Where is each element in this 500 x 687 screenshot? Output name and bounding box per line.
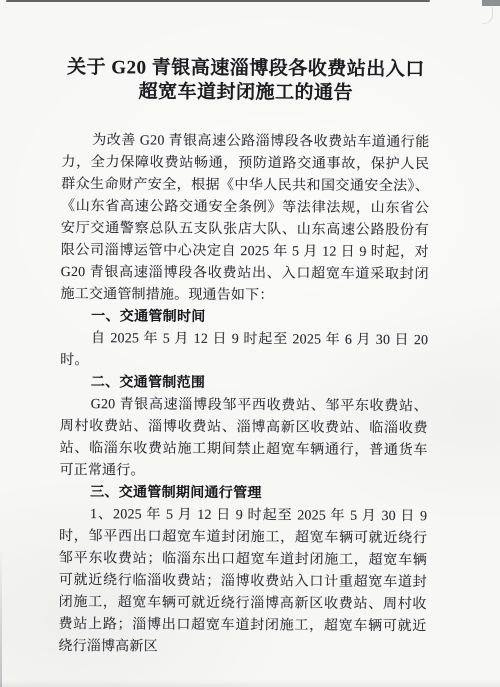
notice-title-line-2: 超宽车道封闭施工的通告 [62, 80, 430, 106]
notice-title: 关于 G20 青银高速淄博段各收费站出入口 超宽车道封闭施工的通告 [62, 56, 430, 106]
section-control-time: 一、交通管制时间 自 2025 年 5 月 12 日 9 时起至 2025 年 … [60, 306, 428, 374]
section-control-time-heading: 一、交通管制时间 [60, 306, 428, 330]
section-control-scope-heading: 二、交通管制范围 [60, 372, 428, 396]
section-control-time-body: 自 2025 年 5 月 12 日 9 时起至 2025 年 6 月 30 日 … [60, 328, 428, 374]
notice-intro-paragraph: 为改善 G20 青银高速公路淄博段各收费站车道通行能力，全力保障收费站畅通，预防… [60, 130, 429, 308]
scan-bottom-shadow [0, 680, 500, 687]
section-traffic-management-body: 1、2025 年 5 月 12 日 9 时起至 2025 年 5 月 30 日 … [58, 504, 427, 660]
section-control-scope: 二、交通管制范围 G20 青银高速淄博段邹平西收费站、邹平东收费站、周村收费站、… [59, 372, 428, 484]
scan-top-edge-line [6, 0, 430, 2]
notice-title-line-1: 关于 G20 青银高速淄博段各收费站出入口 [62, 56, 430, 82]
section-traffic-management-heading: 三、交通管制期间通行管理 [59, 482, 427, 506]
notice-document: 关于 G20 青银高速淄博段各收费站出入口 超宽车道封闭施工的通告 为改善 G2… [58, 56, 430, 660]
scan-corner-smudge [482, 7, 493, 24]
section-traffic-management: 三、交通管制期间通行管理 1、2025 年 5 月 12 日 9 时起至 202… [58, 482, 427, 660]
section-control-scope-body: G20 青银高速淄博段邹平西收费站、邹平东收费站、周村收费站、淄博收费站、淄博高… [59, 394, 428, 484]
scan-corner-mark [482, 0, 500, 6]
scan-left-edge-shadow [0, 547, 2, 687]
scanned-notice-page: 关于 G20 青银高速淄博段各收费站出入口 超宽车道封闭施工的通告 为改善 G2… [0, 0, 500, 687]
